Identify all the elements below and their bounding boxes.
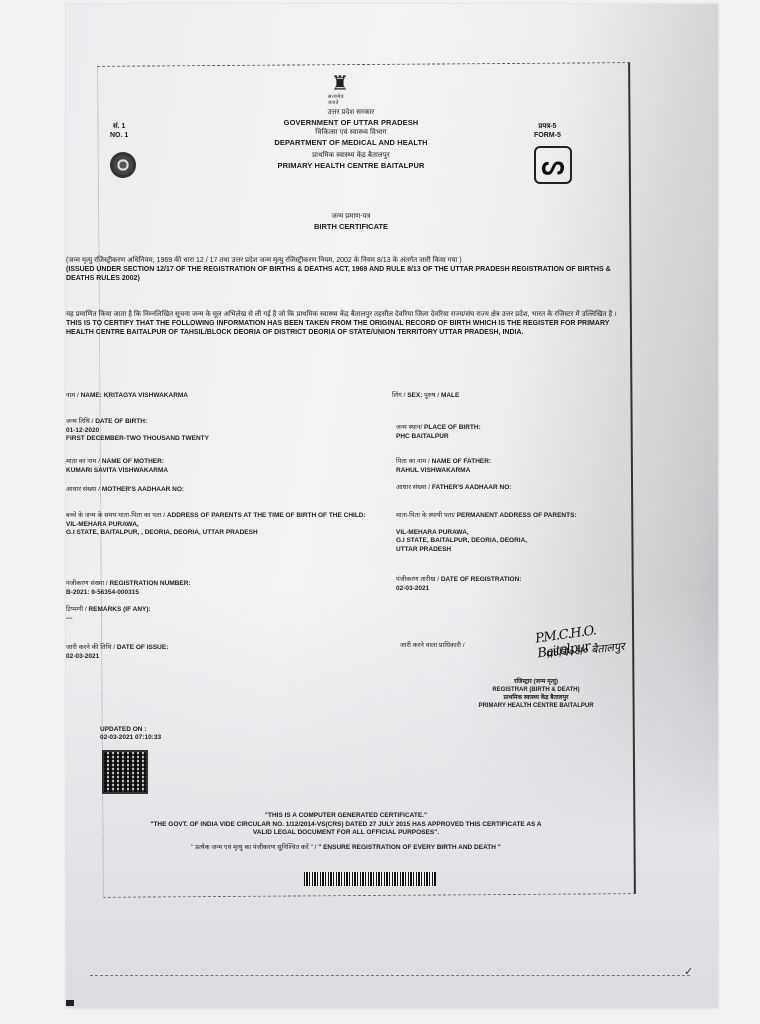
- dept-hindi: चिकित्सा एवं स्वास्थ्य विभाग: [216, 128, 486, 138]
- corner-mark: [66, 1000, 74, 1006]
- mother-name: KUMARI SAVITA VISHWAKARMA: [66, 467, 168, 476]
- field-name: नाम / NAME: KRITAGYA VISHWAKARMA: [66, 392, 188, 401]
- field-remarks: टिप्पणी / REMARKS (IF ANY): ---: [66, 606, 151, 623]
- permanent-address-line2: G.I STATE, BAITALPUR, DEORIA, DEORIA,: [396, 537, 596, 546]
- form-number-label: प्रपत्र-5 FORM-5: [534, 122, 561, 140]
- certificate-number-label: सं. 1 NO. 1: [110, 122, 128, 140]
- sex-value: MALE: [441, 392, 459, 399]
- field-mother-aadhaar: आधार संख्या / MOTHER'S AADHAAR NO:: [66, 486, 184, 495]
- emblem-motto: सत्यमेव जयते: [328, 94, 352, 106]
- remarks-value: ---: [66, 615, 151, 624]
- child-name: KRITAGYA VISHWAKARMA: [104, 392, 188, 399]
- footer-computer-generated: "THIS IS A COMPUTER GENERATED CERTIFICAT…: [146, 812, 546, 821]
- date-of-issue: 02-03-2021: [66, 653, 168, 662]
- page-edge-line: [90, 975, 690, 976]
- issued-under-hindi: (जन्म मृत्यु रजिस्ट्रीकरण अधिनियम, 1969 …: [66, 256, 626, 265]
- crs-logo-icon: ᔕ: [534, 146, 572, 184]
- registration-number: B-2021: 9-56354-000315: [66, 589, 191, 598]
- footer-circular: "THE GOVT. OF INDIA VIDE CIRCULAR NO. 1/…: [146, 821, 546, 838]
- certificate-title: जन्म प्रमाण-पत्र BIRTH CERTIFICATE: [216, 212, 486, 232]
- permanent-address-line1: VIL-MEHARA PURAWA,: [396, 529, 596, 538]
- updated-on-value: 02-03-2021 07:10:33: [100, 734, 161, 742]
- certify-statement: यह प्रमाणित किया जाता है कि निम्नलिखित स…: [66, 310, 626, 337]
- field-mother-name: माता का नाम / NAME OF MOTHER: KUMARI SAV…: [66, 458, 168, 475]
- up-government-seal-icon: [110, 152, 136, 178]
- dob-value: 01-12-2020: [66, 427, 209, 436]
- certify-english: THIS IS TO CERTIFY THAT THE FOLLOWING IN…: [66, 319, 626, 337]
- dept-name: DEPARTMENT OF MEDICAL AND HEALTH: [216, 138, 486, 148]
- dob-words: FIRST DECEMBER-TWO THOUSAND TWENTY: [66, 435, 209, 444]
- no-english: NO. 1: [110, 131, 128, 140]
- date-of-registration: 02-03-2021: [396, 585, 521, 594]
- barcode-icon: [304, 872, 436, 886]
- place-of-birth: PHC BAITALPUR: [396, 433, 481, 442]
- field-place-of-birth: जन्म स्थान/ PLACE OF BIRTH: PHC BAITALPU…: [396, 424, 481, 441]
- centre-name: PRIMARY HEALTH CENTRE BAITALPUR: [216, 161, 486, 171]
- field-date-of-issue: जारी करने की तिथि / DATE OF ISSUE: 02-03…: [66, 644, 168, 661]
- form-english: FORM-5: [534, 131, 561, 140]
- field-permanent-address: माता-पिता के स्थायी पता/ PERMANENT ADDRE…: [396, 512, 596, 554]
- field-father-name: पिता का नाम / NAME OF FATHER: RAHUL VISH…: [396, 458, 491, 475]
- certificate-footer: "THIS IS A COMPUTER GENERATED CERTIFICAT…: [146, 812, 546, 852]
- footer-ensure-registration: " ENSURE REGISTRATION OF EVERY BIRTH AND…: [318, 844, 501, 851]
- field-father-aadhaar: आधार संख्या / FATHER'S AADHAAR NO:: [396, 484, 511, 493]
- father-name: RAHUL VISHWAKARMA: [396, 467, 491, 476]
- title-english: BIRTH CERTIFICATE: [216, 222, 486, 232]
- pen-mark: ✓: [684, 965, 693, 978]
- certify-hindi: यह प्रमाणित किया जाता है कि निम्नलिखित स…: [66, 310, 626, 319]
- address-at-birth-line1: VIL-MEHARA PURAWA,: [66, 521, 366, 530]
- field-sex: लिंग / SEX: पुरुष / MALE: [392, 392, 459, 401]
- field-registration-number: पंजीकरण संख्या / REGISTRATION NUMBER: B-…: [66, 580, 191, 597]
- centre-hindi: प्राथमिक स्वास्थ्य केंद्र बैतालपुर: [216, 151, 486, 161]
- field-address-at-birth: बच्चे के जन्म के समय माता-पिता का पता / …: [66, 512, 366, 538]
- certificate-header: उत्तर प्रदेश सरकार GOVERNMENT OF UTTAR P…: [216, 108, 486, 171]
- field-date-of-registration: पंजीकरण तारीख / DATE OF REGISTRATION: 02…: [396, 576, 521, 593]
- field-date-of-birth: जन्म तिथि / DATE OF BIRTH: 01-12-2020 FI…: [66, 418, 209, 444]
- title-hindi: जन्म प्रमाण-पत्र: [216, 212, 486, 222]
- issued-under-english: (ISSUED UNDER SECTION 12/17 OF THE REGIS…: [66, 265, 626, 283]
- certificate-border: [97, 62, 636, 898]
- form-hindi: प्रपत्र-5: [534, 122, 561, 131]
- address-at-birth-line2: G.I STATE, BAITALPUR, , DEORIA, DEORIA, …: [66, 529, 366, 538]
- updated-on: UPDATED ON : 02-03-2021 07:10:33: [100, 726, 161, 742]
- qr-code-icon: [102, 750, 148, 794]
- no-hindi: सं. 1: [110, 122, 128, 131]
- govt-hindi: उत्तर प्रदेश सरकार: [216, 108, 486, 118]
- issued-under-statement: (जन्म मृत्यु रजिस्ट्रीकरण अधिनियम, 1969 …: [66, 256, 626, 283]
- national-emblem-icon: ♜ सत्यमेव जयते: [328, 74, 352, 100]
- permanent-address-line3: UTTAR PRADESH: [396, 546, 596, 555]
- govt-name: GOVERNMENT OF UTTAR PRADESH: [216, 118, 486, 128]
- registrar-stamp: रजिस्ट्रार (जन्म मृत्यु) REGISTRAR (BIRT…: [436, 678, 636, 710]
